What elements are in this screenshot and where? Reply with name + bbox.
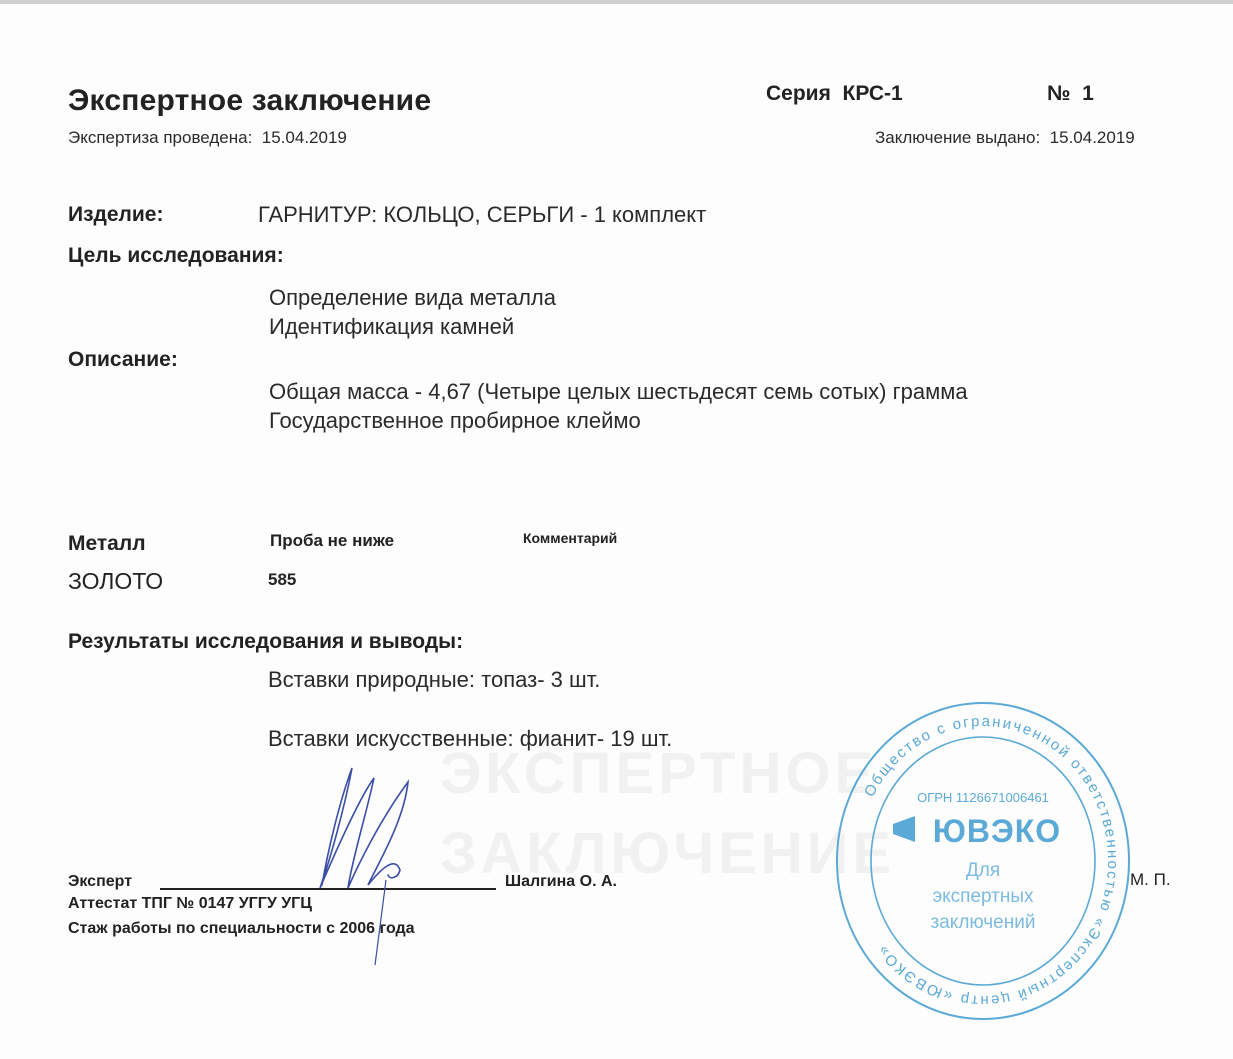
- signature-scribble-icon: [300, 760, 430, 970]
- document-number: № 1: [1047, 82, 1094, 106]
- assay-header: Проба не ниже: [270, 531, 394, 551]
- issued-date-row: Заключение выдано: 15.04.2019: [875, 128, 1135, 148]
- result-natural-inserts: Вставки природные: топаз- 3 шт.: [268, 667, 600, 693]
- expertise-date: 15.04.2019: [262, 128, 347, 147]
- metal-header: Металл: [68, 532, 146, 556]
- expert-name: Шалгина О. А.: [505, 873, 617, 891]
- purpose-label: Цель исследования:: [68, 244, 284, 268]
- number-value: 1: [1082, 82, 1094, 105]
- seal-place: М. П.: [1130, 870, 1171, 890]
- description-label: Описание:: [68, 348, 178, 372]
- svg-text:заключений: заключений: [931, 912, 1036, 933]
- expertise-label: Экспертиза проведена:: [68, 128, 252, 147]
- issued-label: Заключение выдано:: [875, 128, 1040, 147]
- svg-text:ОГРН 1126671006461: ОГРН 1126671006461: [917, 790, 1049, 805]
- item-value: ГАРНИТУР: КОЛЬЦО, СЕРЬГИ - 1 комплект: [258, 202, 706, 228]
- metal-value: ЗОЛОТО: [68, 568, 163, 595]
- number-label: №: [1047, 82, 1070, 105]
- svg-text:экспертных: экспертных: [932, 886, 1034, 907]
- results-label: Результаты исследования и выводы:: [68, 630, 463, 654]
- result-artificial-inserts: Вставки искусственные: фианит- 19 шт.: [268, 726, 672, 752]
- description-line: Государственное пробирное клеймо: [269, 408, 641, 434]
- description-line: Общая масса - 4,67 (Четыре целых шестьде…: [269, 379, 968, 405]
- comment-header: Комментарий: [523, 530, 617, 546]
- series: Серия КРС-1: [766, 82, 903, 106]
- purpose-line: Определение вида металла: [269, 285, 556, 311]
- issued-date: 15.04.2019: [1050, 128, 1135, 147]
- purpose-line: Идентификация камней: [269, 314, 514, 340]
- document-title: Экспертное заключение: [68, 84, 431, 118]
- svg-text:Для: Для: [966, 860, 1000, 881]
- series-value: КРС-1: [843, 82, 903, 105]
- svg-text:ЮВЭКО: ЮВЭКО: [933, 813, 1061, 849]
- expertise-date-row: Экспертиза проведена: 15.04.2019: [68, 128, 347, 148]
- certificate: Аттестат ТПГ № 0147 УГГУ УГЦ: [68, 895, 312, 913]
- item-label: Изделие:: [68, 203, 163, 227]
- assay-value: 585: [268, 570, 296, 590]
- company-stamp-icon: Общество с ограниченной ответственностью…: [833, 696, 1133, 1026]
- scan-edge: [0, 0, 1233, 4]
- expert-label: Эксперт: [68, 873, 132, 891]
- series-label: Серия: [766, 82, 831, 105]
